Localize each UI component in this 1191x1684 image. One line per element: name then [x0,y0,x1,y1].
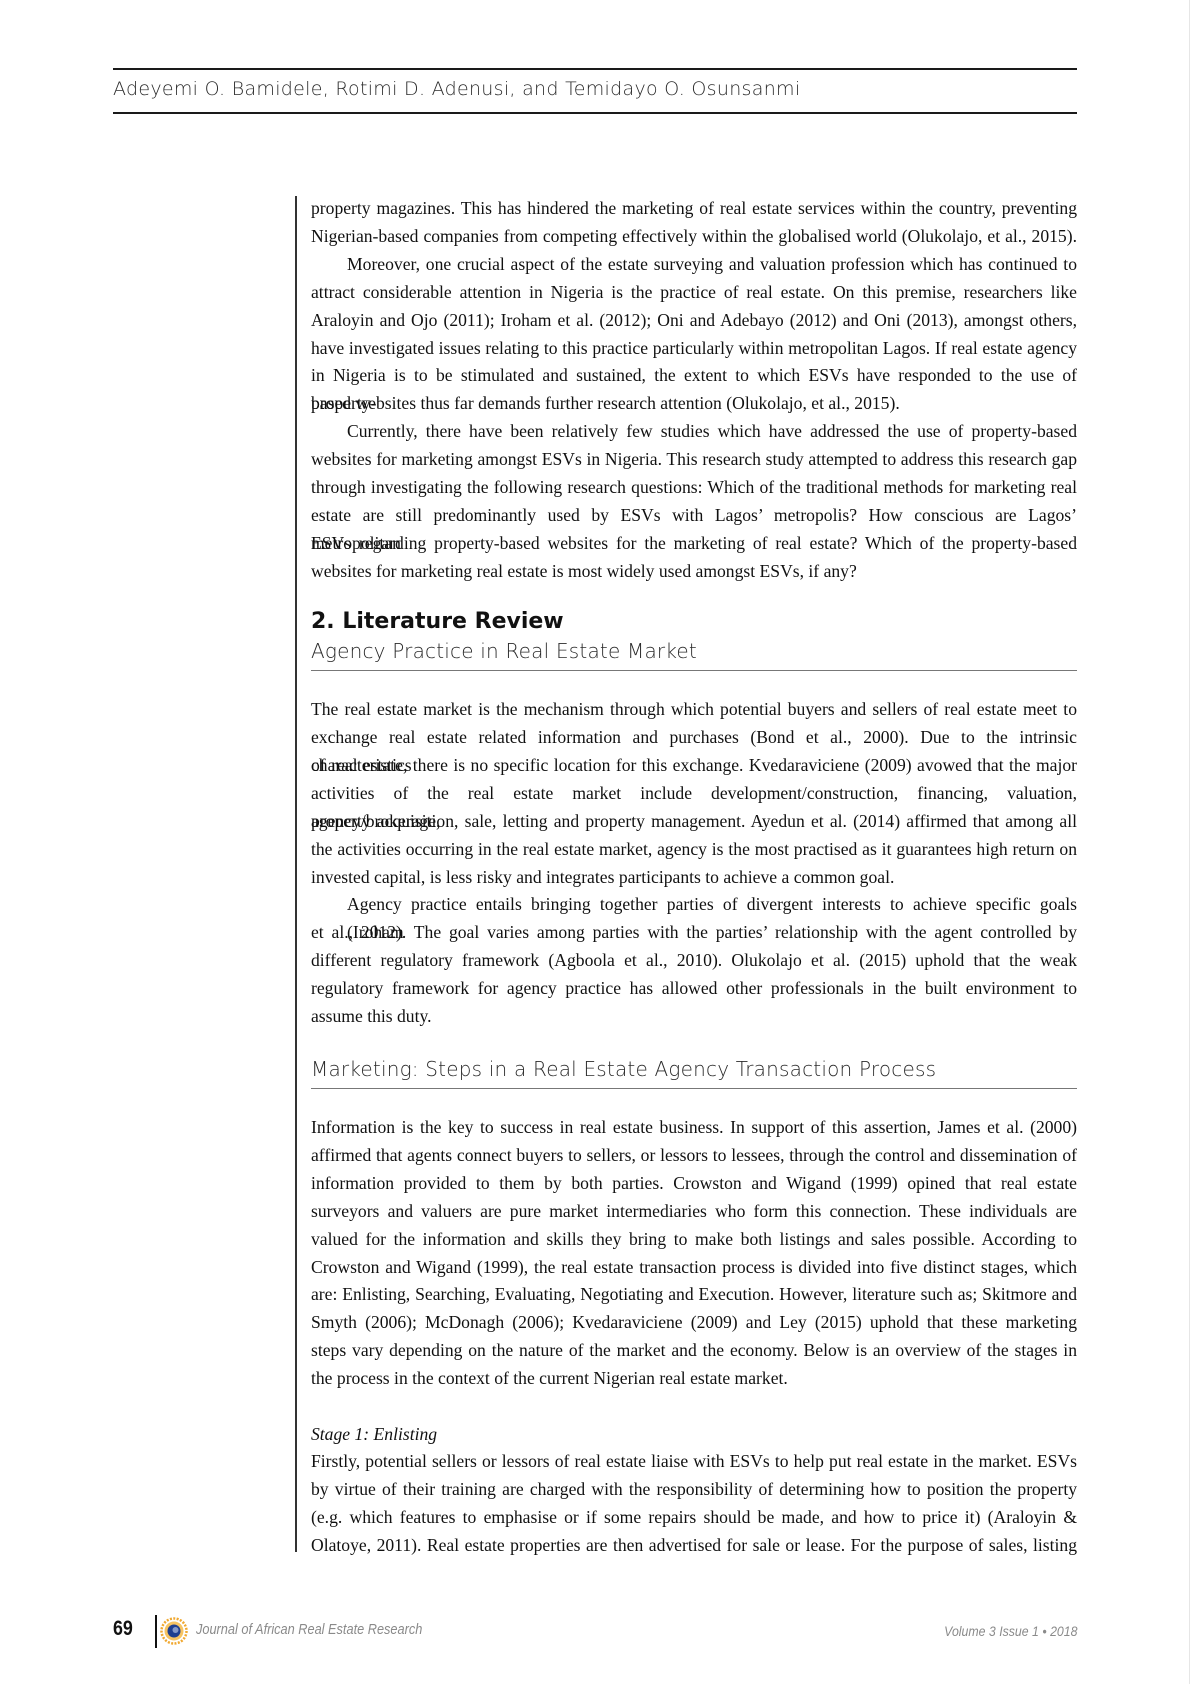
text-line: property magazines. This has hindered th… [311,194,1077,222]
text-line: property acquisition, sale, letting and … [311,807,1077,835]
text-line: attract considerable attention in Nigeri… [311,278,1077,306]
text-line: Olatoye, 2011). Real estate properties a… [311,1531,1077,1559]
text-line: have investigated issues relating to thi… [311,334,1077,362]
subsection-heading: Marketing: Steps in a Real Estate Agency… [311,1057,936,1081]
text-line: Currently, there have been relatively fe… [311,417,1077,445]
text-line: assume this duty. [311,1002,1077,1030]
text-line: regulatory framework for agency practice… [311,974,1077,1002]
text-line: in Nigeria is to be stimulated and susta… [311,361,1077,389]
text-line: et al., 2012). The goal varies among par… [311,918,1077,946]
text-line: Information is the key to success in rea… [311,1113,1077,1141]
running-head-authors: Adeyemi O. Bamidele, Rotimi D. Adenusi, … [113,78,800,100]
text-line: steps vary depending on the nature of th… [311,1336,1077,1364]
text-line: activities of the real estate market inc… [311,779,1077,807]
text-line: Smyth (2006); McDonagh (2006); Kvedaravi… [311,1308,1077,1336]
text-line: Agency practice entails bringing togethe… [311,890,1077,918]
section-heading: 2. Literature Review [311,609,564,634]
text-line: websites for marketing amongst ESVs in N… [311,445,1077,473]
text-line: information provided to them by both par… [311,1169,1077,1197]
text-line: the activities occurring in the real est… [311,835,1077,863]
text-line: by virtue of their training are charged … [311,1475,1077,1503]
text-line: are: Enlisting, Searching, Evaluating, N… [311,1280,1077,1308]
margin-bar [295,196,297,1552]
header-top-rule [113,68,1077,70]
text-line: The real estate market is the mechanism … [311,695,1077,723]
text-line: Crowston and Wigand (1999), the real est… [311,1253,1077,1281]
subsection-rule [311,670,1077,671]
text-line: Nigerian-based companies from competing … [311,222,1077,250]
page-edge [1189,0,1190,1684]
text-line: invested capital, is less risky and inte… [311,863,1077,891]
text-line: exchange real estate related information… [311,723,1077,751]
page-number: 69 [113,1617,133,1641]
text-line: Araloyin and Ojo (2011); Iroham et al. (… [311,306,1077,334]
text-line: Firstly, potential sellers or lessors of… [311,1447,1077,1475]
journal-logo-icon [160,1617,188,1645]
volume-issue: Volume 3 Issue 1 • 2018 [944,1623,1077,1639]
text-line: based websites thus far demands further … [311,389,1077,417]
stage-heading: Stage 1: Enlisting [311,1420,1077,1448]
text-line: estate are still predominantly used by E… [311,501,1077,529]
text-line: surveyors and valuers are pure market in… [311,1197,1077,1225]
text-line: of real estate, there is no specific loc… [311,751,1077,779]
subsection-heading: Agency Practice in Real Estate Market [311,639,697,663]
text-line: ESVs regarding property-based websites f… [311,529,1077,557]
text-line: (e.g. which features to emphasise or if … [311,1503,1077,1531]
subsection-rule [311,1088,1077,1089]
text-line: different regulatory framework (Agboola … [311,946,1077,974]
text-line: websites for marketing real estate is mo… [311,557,1077,585]
text-line: affirmed that agents connect buyers to s… [311,1141,1077,1169]
text-line: through investigating the following rese… [311,473,1077,501]
text-line: the process in the context of the curren… [311,1364,1077,1392]
text-line: Moreover, one crucial aspect of the esta… [311,250,1077,278]
text-line: valued for the information and skills th… [311,1225,1077,1253]
footer-divider [155,1615,157,1648]
journal-name: Journal of African Real Estate Research [196,1621,422,1638]
header-bottom-rule [113,112,1077,114]
